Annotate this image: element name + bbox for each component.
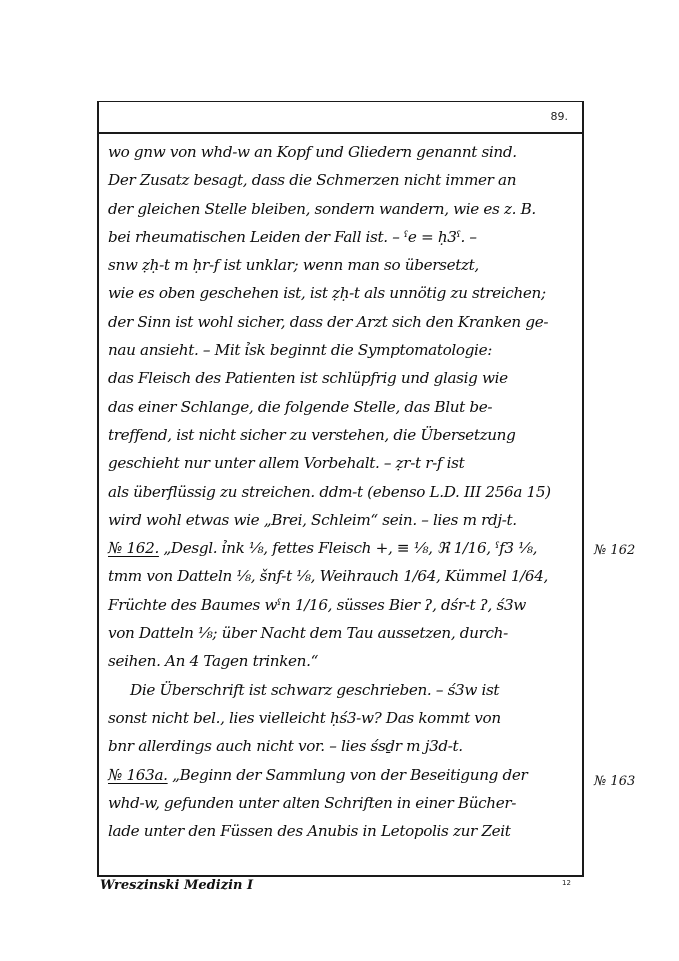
text-line: Der Zusatz besagt, dass die Schmerzen ni… [108,166,578,194]
text-line: bei rheumatischen Leiden der Fall ist. –… [108,223,578,251]
text-line: nau ansieht. – Mit ỉsk beginnt die Sympt… [108,336,578,364]
text-line: das einer Schlange, die folgende Stelle,… [108,393,578,421]
text-line: snw ẓḥ-t m ḥr-f ist unklar; wenn man so … [108,251,578,279]
text-line-indented: Die Überschrift ist schwarz geschrieben.… [108,676,578,704]
text-line: von Datteln ⅛; über Nacht dem Tau ausset… [108,619,578,647]
text-line: wie es oben geschehen ist, ist ẓḥ-t als … [108,279,578,307]
text-line: treffend, ist nicht sicher zu verstehen,… [108,421,578,449]
text-line: tmm von Datteln ⅛, šnf-t ⅛, Weihrauch 1/… [108,562,578,590]
text-line: geschieht nur unter allem Vorbehalt. – ẓ… [108,449,578,477]
text-line: das Fleisch des Patienten ist schlüpfrig… [108,364,578,392]
page-header: 89. [99,102,582,134]
page-frame: 89. wo gnw von whd-w an Kopf und Glieder… [97,101,584,877]
page-number: 89. [551,110,569,123]
entry-number-162: № 162. [108,539,159,557]
text-line: lade unter den Füssen des Anubis in Leto… [108,817,578,845]
text-line: als überflüssig zu streichen. ddm-t (ebe… [108,478,578,506]
margin-note-163: № 163 [594,774,635,789]
text-line: seihen. An 4 Tagen trinken.“ [108,647,578,675]
margin-note-162: № 162 [594,543,635,558]
text-line: sonst nicht bel., lies vielleicht ḥś3-w?… [108,704,578,732]
entry-number-163a: № 163a. [108,766,168,784]
text-line: wo gnw von whd-w an Kopf und Gliedern ge… [108,138,578,166]
entry-163a-heading-line: № 163a. „Beginn der Sammlung von der Bes… [108,761,578,789]
manuscript-body: wo gnw von whd-w an Kopf und Gliedern ge… [108,138,578,845]
text-line: wird wohl etwas wie „Brei, Schleim“ sein… [108,506,578,534]
text-line: whd-w, gefunden unter alten Schriften in… [108,789,578,817]
text-line: der gleichen Stelle bleiben, sondern wan… [108,195,578,223]
text-line: bnr allerdings auch nicht vor. – lies śs… [108,732,578,760]
footer-sheet-number: 12 [562,879,571,887]
footer-title: Wreszinski Medizin I [100,878,253,893]
text-line: der Sinn ist wohl sicher, dass der Arzt … [108,308,578,336]
text-line: Früchte des Baumes wˁn 1/16, süsses Bier… [108,591,578,619]
entry-162-heading-line: № 162. „Desgl. ỉnk ⅛, fettes Fleisch +, … [108,534,578,562]
